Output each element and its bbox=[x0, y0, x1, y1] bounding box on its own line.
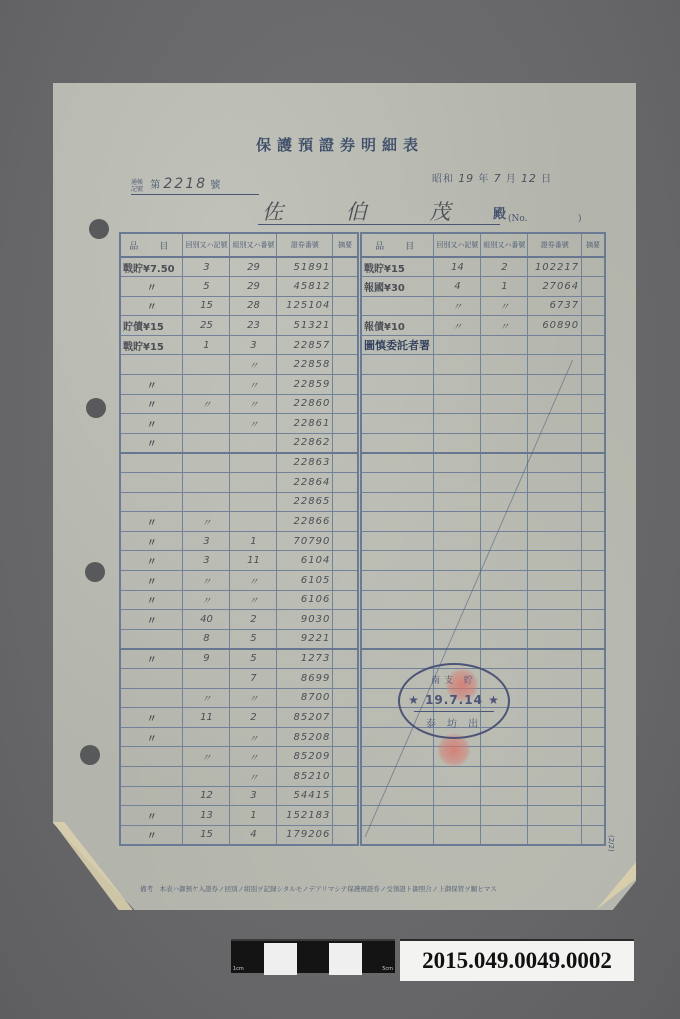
remarks-cell bbox=[333, 590, 358, 610]
cert-number-cell: 85208 bbox=[277, 727, 333, 747]
group-cell: 29 bbox=[230, 277, 277, 297]
item-cell bbox=[361, 492, 434, 512]
cert-number-cell: 85210 bbox=[277, 766, 333, 786]
item-cell bbox=[120, 688, 183, 708]
year-value: 19 bbox=[458, 172, 474, 185]
table-row bbox=[361, 825, 605, 845]
remarks-cell bbox=[333, 453, 358, 473]
table-row: 〃951273 bbox=[120, 649, 358, 669]
series-cell: 9 bbox=[183, 649, 230, 669]
table-row: 〃4029030 bbox=[120, 610, 358, 630]
cert-number-cell: 1273 bbox=[277, 649, 333, 669]
remarks-cell bbox=[582, 375, 605, 395]
group-cell bbox=[481, 355, 528, 375]
item-cell bbox=[361, 433, 434, 453]
series-cell bbox=[183, 433, 230, 453]
remarks-cell bbox=[333, 492, 358, 512]
group-cell: 3 bbox=[230, 786, 277, 806]
cert-number-cell bbox=[528, 453, 582, 473]
series-cell bbox=[183, 727, 230, 747]
table-row: 〃22858 bbox=[120, 355, 358, 375]
remarks-cell bbox=[582, 747, 605, 767]
cert-number-cell: 152183 bbox=[277, 806, 333, 826]
remarks-cell bbox=[333, 512, 358, 532]
group-cell: 〃 bbox=[230, 414, 277, 434]
series-cell bbox=[434, 433, 481, 453]
month-label: 月 bbox=[506, 174, 517, 185]
group-cell: 〃 bbox=[230, 571, 277, 591]
remarks-cell bbox=[582, 335, 605, 355]
item-cell bbox=[361, 531, 434, 551]
cert-number-cell: 70790 bbox=[277, 531, 333, 551]
cert-number-cell bbox=[528, 355, 582, 375]
remarks-cell bbox=[582, 433, 605, 453]
document-title: 保護預證券明細表 bbox=[0, 134, 680, 155]
cert-number-cell: 6105 bbox=[277, 571, 333, 591]
cert-number-cell bbox=[528, 786, 582, 806]
table-row bbox=[361, 571, 605, 591]
group-cell bbox=[481, 766, 528, 786]
item-cell: 〃 bbox=[120, 296, 183, 316]
group-cell: 1 bbox=[230, 531, 277, 551]
series-cell: 4 bbox=[434, 277, 481, 297]
table-row: 圖慎委託者署 bbox=[361, 335, 605, 355]
col-remarks: 摘要 bbox=[333, 233, 358, 257]
table-row: 〃3170790 bbox=[120, 531, 358, 551]
remarks-cell bbox=[582, 786, 605, 806]
remarks-cell bbox=[582, 316, 605, 336]
table-row: 22863 bbox=[120, 453, 358, 473]
remarks-cell bbox=[582, 610, 605, 630]
cert-number-cell: 6737 bbox=[528, 296, 582, 316]
table-row: 〃〃22861 bbox=[120, 414, 358, 434]
cert-number-cell bbox=[528, 551, 582, 571]
stamp-date-value: 19.7.14 bbox=[425, 693, 483, 707]
group-cell bbox=[481, 610, 528, 630]
series-cell bbox=[434, 590, 481, 610]
cert-number-cell: 27064 bbox=[528, 277, 582, 297]
remarks-cell bbox=[582, 414, 605, 434]
series-cell bbox=[434, 453, 481, 473]
item-cell bbox=[120, 786, 183, 806]
col-group: 組別又ハ番號 bbox=[230, 233, 277, 257]
postmark-stamp: 南支 貯 ★ 19.7.14 ★ 泰 坊 出 bbox=[398, 663, 510, 739]
item-cell bbox=[361, 590, 434, 610]
date-line: 昭和 19 年 7 月 12 日 bbox=[432, 170, 552, 185]
group-cell bbox=[481, 531, 528, 551]
table-row bbox=[361, 629, 605, 649]
remarks-cell bbox=[333, 394, 358, 414]
group-cell: 〃 bbox=[230, 355, 277, 375]
table-row: 戰貯¥7.5032951891 bbox=[120, 257, 358, 277]
table-row: 戰貯¥15142102217 bbox=[361, 257, 605, 277]
series-cell bbox=[434, 355, 481, 375]
table-row bbox=[361, 433, 605, 453]
remarks-cell bbox=[333, 727, 358, 747]
remarks-cell bbox=[333, 551, 358, 571]
account-suffix: 號 bbox=[210, 180, 220, 191]
group-cell: 2 bbox=[230, 708, 277, 728]
remarks-cell bbox=[582, 766, 605, 786]
table-row: 報國¥304127064 bbox=[361, 277, 605, 297]
group-cell bbox=[481, 433, 528, 453]
table-row: 〃〃〃22860 bbox=[120, 394, 358, 414]
table-row bbox=[361, 590, 605, 610]
era: 昭和 bbox=[432, 174, 454, 185]
account-label-top: 通帳 bbox=[131, 179, 143, 186]
stamp-date: ★ 19.7.14 ★ bbox=[400, 693, 508, 707]
cert-number-cell: 22866 bbox=[277, 512, 333, 532]
remarks-cell bbox=[582, 394, 605, 414]
cert-number-cell bbox=[528, 629, 582, 649]
remarks-cell bbox=[333, 257, 358, 277]
accession-number-label: 2015.049.0049.0002 bbox=[400, 939, 634, 981]
table-row: 22865 bbox=[120, 492, 358, 512]
item-cell bbox=[361, 551, 434, 571]
item-cell: 戰貯¥15 bbox=[120, 335, 183, 355]
table-row: 22864 bbox=[120, 473, 358, 493]
col-series: 回別又ハ記號 bbox=[183, 233, 230, 257]
remarks-cell bbox=[333, 355, 358, 375]
remarks-cell bbox=[582, 257, 605, 277]
table-row bbox=[361, 649, 605, 669]
table-row bbox=[361, 766, 605, 786]
cert-number-cell: 85207 bbox=[277, 708, 333, 728]
cert-number-cell: 51891 bbox=[277, 257, 333, 277]
table-row: 報債¥10〃〃60890 bbox=[361, 316, 605, 336]
series-cell bbox=[434, 492, 481, 512]
remarks-cell bbox=[333, 316, 358, 336]
page-mark: (2/2) bbox=[607, 835, 615, 852]
remarks-cell bbox=[582, 727, 605, 747]
table-row: 〃154179206 bbox=[120, 825, 358, 845]
group-cell: 4 bbox=[230, 825, 277, 845]
table-row: 〃1528125104 bbox=[120, 296, 358, 316]
stamp-divider bbox=[414, 711, 494, 712]
group-cell bbox=[481, 825, 528, 845]
group-cell bbox=[481, 394, 528, 414]
group-cell: 5 bbox=[230, 649, 277, 669]
ledger-table-left: 品 目 回別又ハ記號 組別又ハ番號 證券番號 摘要 戰貯¥7.503295189… bbox=[119, 232, 359, 846]
col-item: 品 目 bbox=[120, 233, 183, 257]
cert-number-cell: 9030 bbox=[277, 610, 333, 630]
table-row bbox=[361, 473, 605, 493]
cert-number-cell bbox=[528, 708, 582, 728]
item-cell bbox=[361, 394, 434, 414]
cert-number-cell: 22857 bbox=[277, 335, 333, 355]
remarks-cell bbox=[333, 473, 358, 493]
group-cell bbox=[230, 512, 277, 532]
series-cell bbox=[434, 766, 481, 786]
group-cell bbox=[481, 649, 528, 669]
group-cell bbox=[481, 492, 528, 512]
item-cell: 報國¥30 bbox=[361, 277, 434, 297]
table-row: 〃〃22859 bbox=[120, 375, 358, 395]
account-number: 2218 bbox=[163, 176, 207, 192]
item-cell: 〃 bbox=[120, 610, 183, 630]
item-cell: 戰貯¥15 bbox=[361, 257, 434, 277]
series-cell: 3 bbox=[183, 257, 230, 277]
item-cell: 〃 bbox=[120, 590, 183, 610]
measurement-scale-bar: 1cm 5cm bbox=[231, 939, 395, 973]
series-cell bbox=[434, 610, 481, 630]
cert-number-cell: 54415 bbox=[277, 786, 333, 806]
item-cell bbox=[120, 629, 183, 649]
item-cell: 〃 bbox=[120, 375, 183, 395]
col-series: 回別又ハ記號 bbox=[434, 233, 481, 257]
series-cell: 1 bbox=[183, 335, 230, 355]
series-cell bbox=[183, 355, 230, 375]
cert-number-cell: 51321 bbox=[277, 316, 333, 336]
col-cert-number: 證券番號 bbox=[277, 233, 333, 257]
remarks-cell bbox=[333, 414, 358, 434]
group-cell: 29 bbox=[230, 257, 277, 277]
remarks-cell bbox=[333, 610, 358, 630]
group-cell bbox=[230, 473, 277, 493]
group-cell bbox=[481, 747, 528, 767]
item-cell bbox=[361, 766, 434, 786]
series-cell: 〃 bbox=[434, 296, 481, 316]
item-cell bbox=[120, 766, 183, 786]
cert-number-cell bbox=[528, 747, 582, 767]
table-header: 品 目 回別又ハ記號 組別又ハ番號 證券番號 摘要 bbox=[120, 233, 358, 257]
table-row bbox=[361, 610, 605, 630]
table-row: 〃〃85209 bbox=[120, 747, 358, 767]
group-cell: 1 bbox=[230, 806, 277, 826]
remarks-cell bbox=[582, 708, 605, 728]
item-cell: 〃 bbox=[120, 277, 183, 297]
group-cell bbox=[481, 629, 528, 649]
item-cell: 〃 bbox=[120, 394, 183, 414]
cert-number-cell bbox=[528, 531, 582, 551]
table-row: 〃3116104 bbox=[120, 551, 358, 571]
table-row: 〃〃6737 bbox=[361, 296, 605, 316]
cert-number-cell: 22858 bbox=[277, 355, 333, 375]
table-row bbox=[361, 512, 605, 532]
remarks-cell bbox=[333, 375, 358, 395]
item-cell: 〃 bbox=[120, 806, 183, 826]
series-cell: 8 bbox=[183, 629, 230, 649]
group-cell bbox=[481, 414, 528, 434]
item-cell: 〃 bbox=[120, 571, 183, 591]
scale-segment-white bbox=[264, 943, 297, 975]
group-cell: 2 bbox=[481, 257, 528, 277]
col-group: 組別又ハ番號 bbox=[481, 233, 528, 257]
item-cell: 〃 bbox=[120, 551, 183, 571]
table-row bbox=[361, 786, 605, 806]
item-cell bbox=[120, 492, 183, 512]
col-remarks: 摘要 bbox=[582, 233, 605, 257]
series-cell: 〃 bbox=[183, 688, 230, 708]
remarks-cell bbox=[333, 825, 358, 845]
cert-number-cell: 9221 bbox=[277, 629, 333, 649]
cert-number-cell bbox=[528, 668, 582, 688]
group-cell bbox=[230, 492, 277, 512]
group-cell: 1 bbox=[481, 277, 528, 297]
remarks-cell bbox=[333, 296, 358, 316]
binder-hole bbox=[86, 398, 106, 418]
cert-number-cell bbox=[528, 473, 582, 493]
series-cell: 5 bbox=[183, 277, 230, 297]
series-cell bbox=[183, 492, 230, 512]
series-cell bbox=[434, 375, 481, 395]
series-cell bbox=[434, 473, 481, 493]
remarks-cell bbox=[582, 571, 605, 591]
cert-number-cell: 85209 bbox=[277, 747, 333, 767]
group-cell: 〃 bbox=[230, 688, 277, 708]
remarks-cell bbox=[582, 355, 605, 375]
table-row bbox=[361, 414, 605, 434]
remarks-cell bbox=[582, 825, 605, 845]
item-cell: 貯債¥15 bbox=[120, 316, 183, 336]
table-row: 〃11285207 bbox=[120, 708, 358, 728]
series-cell bbox=[434, 551, 481, 571]
item-cell bbox=[361, 414, 434, 434]
series-cell bbox=[434, 806, 481, 826]
table-header: 品 目 回別又ハ記號 組別又ハ番號 證券番號 摘要 bbox=[361, 233, 605, 257]
group-cell bbox=[481, 453, 528, 473]
cert-number-cell: 102217 bbox=[528, 257, 582, 277]
footnote: 備考 本表ハ御預ケ入證券ノ回別ノ組別ヲ記録シタルモノデアリマシテ保護預證券ノ受領… bbox=[140, 884, 600, 893]
series-cell bbox=[183, 375, 230, 395]
table-row: 貯債¥15252351321 bbox=[120, 316, 358, 336]
cert-number-cell bbox=[528, 571, 582, 591]
group-cell: 〃 bbox=[481, 296, 528, 316]
cert-number-cell: 6106 bbox=[277, 590, 333, 610]
series-cell: 〃 bbox=[183, 747, 230, 767]
item-cell bbox=[361, 571, 434, 591]
group-cell: 〃 bbox=[230, 766, 277, 786]
item-cell bbox=[361, 355, 434, 375]
remarks-cell bbox=[582, 473, 605, 493]
group-cell bbox=[481, 375, 528, 395]
scale-segment-black bbox=[297, 941, 330, 973]
table-row bbox=[361, 394, 605, 414]
item-cell: 〃 bbox=[120, 512, 183, 532]
remarks-cell bbox=[582, 629, 605, 649]
account-label-bottom: 記號 bbox=[131, 186, 143, 193]
remarks-cell bbox=[333, 786, 358, 806]
group-cell bbox=[230, 453, 277, 473]
series-cell bbox=[434, 394, 481, 414]
cert-number-cell: 22864 bbox=[277, 473, 333, 493]
remarks-cell bbox=[333, 531, 358, 551]
cert-number-cell: 22865 bbox=[277, 492, 333, 512]
series-cell bbox=[434, 414, 481, 434]
cert-number-cell bbox=[528, 649, 582, 669]
group-cell: 〃 bbox=[230, 747, 277, 767]
table-row bbox=[361, 492, 605, 512]
remarks-cell bbox=[582, 512, 605, 532]
cert-number-cell bbox=[528, 688, 582, 708]
remarks-cell bbox=[582, 551, 605, 571]
series-cell bbox=[183, 414, 230, 434]
scale-segment-white bbox=[329, 943, 362, 975]
item-cell: 〃 bbox=[120, 531, 183, 551]
item-cell bbox=[361, 629, 434, 649]
cert-number-cell bbox=[528, 766, 582, 786]
cert-number-cell bbox=[528, 806, 582, 826]
item-cell bbox=[120, 453, 183, 473]
cert-number-cell: 179206 bbox=[277, 825, 333, 845]
cert-number-cell bbox=[528, 375, 582, 395]
series-cell: 15 bbox=[183, 825, 230, 845]
scale-label-start: 1cm bbox=[233, 966, 244, 972]
col-cert-number: 證券番號 bbox=[528, 233, 582, 257]
binder-hole bbox=[80, 745, 100, 765]
item-cell: 報債¥10 bbox=[361, 316, 434, 336]
honorific: 殿 bbox=[493, 203, 506, 222]
item-cell bbox=[120, 747, 183, 767]
series-cell: 12 bbox=[183, 786, 230, 806]
item-cell bbox=[361, 610, 434, 630]
table-row: 〃〃85208 bbox=[120, 727, 358, 747]
remarks-cell bbox=[333, 649, 358, 669]
cert-number-cell: 45812 bbox=[277, 277, 333, 297]
binder-hole bbox=[85, 562, 105, 582]
series-cell: 〃 bbox=[183, 590, 230, 610]
table-row: 〃〃〃6105 bbox=[120, 571, 358, 591]
remarks-cell bbox=[333, 277, 358, 297]
group-cell bbox=[481, 786, 528, 806]
remarks-cell bbox=[333, 688, 358, 708]
cert-number-cell: 60890 bbox=[528, 316, 582, 336]
remarks-cell bbox=[582, 590, 605, 610]
group-cell: 〃 bbox=[230, 727, 277, 747]
table-row bbox=[361, 551, 605, 571]
series-cell: 25 bbox=[183, 316, 230, 336]
ledger-table-right: 品 目 回別又ハ記號 組別又ハ番號 證券番號 摘要 戰貯¥15142102217… bbox=[360, 232, 606, 846]
remarks-cell bbox=[333, 747, 358, 767]
cert-number-cell bbox=[528, 610, 582, 630]
number-close: ) bbox=[578, 214, 582, 224]
day-value: 12 bbox=[521, 172, 537, 185]
table-row: 戰貯¥151322857 bbox=[120, 335, 358, 355]
cert-number-cell: 22859 bbox=[277, 375, 333, 395]
account-label: 通帳記號 bbox=[131, 179, 147, 193]
group-cell bbox=[230, 433, 277, 453]
series-cell bbox=[434, 512, 481, 532]
remarks-cell bbox=[582, 649, 605, 669]
table-row bbox=[361, 453, 605, 473]
series-cell: 13 bbox=[183, 806, 230, 826]
item-cell: 〃 bbox=[120, 414, 183, 434]
group-cell: 〃 bbox=[230, 590, 277, 610]
item-cell bbox=[361, 786, 434, 806]
remarks-cell bbox=[582, 688, 605, 708]
stamp-bottom-text: 泰 坊 出 bbox=[400, 715, 508, 730]
table-row: 〃52945812 bbox=[120, 277, 358, 297]
item-cell: 戰貯¥7.50 bbox=[120, 257, 183, 277]
remarks-cell bbox=[582, 806, 605, 826]
group-cell bbox=[481, 806, 528, 826]
remarks-cell bbox=[333, 766, 358, 786]
group-cell: 11 bbox=[230, 551, 277, 571]
cert-number-cell: 22862 bbox=[277, 433, 333, 453]
group-cell bbox=[481, 590, 528, 610]
remarks-cell bbox=[582, 531, 605, 551]
remarks-cell bbox=[582, 296, 605, 316]
cert-number-cell bbox=[528, 414, 582, 434]
cert-number-cell bbox=[528, 335, 582, 355]
table-row: 78699 bbox=[120, 668, 358, 688]
table-row bbox=[361, 531, 605, 551]
group-cell: 23 bbox=[230, 316, 277, 336]
remarks-cell bbox=[333, 433, 358, 453]
account-number-field: 通帳記號 第 2218 號 bbox=[131, 176, 259, 195]
table-row bbox=[361, 375, 605, 395]
remarks-cell bbox=[333, 806, 358, 826]
